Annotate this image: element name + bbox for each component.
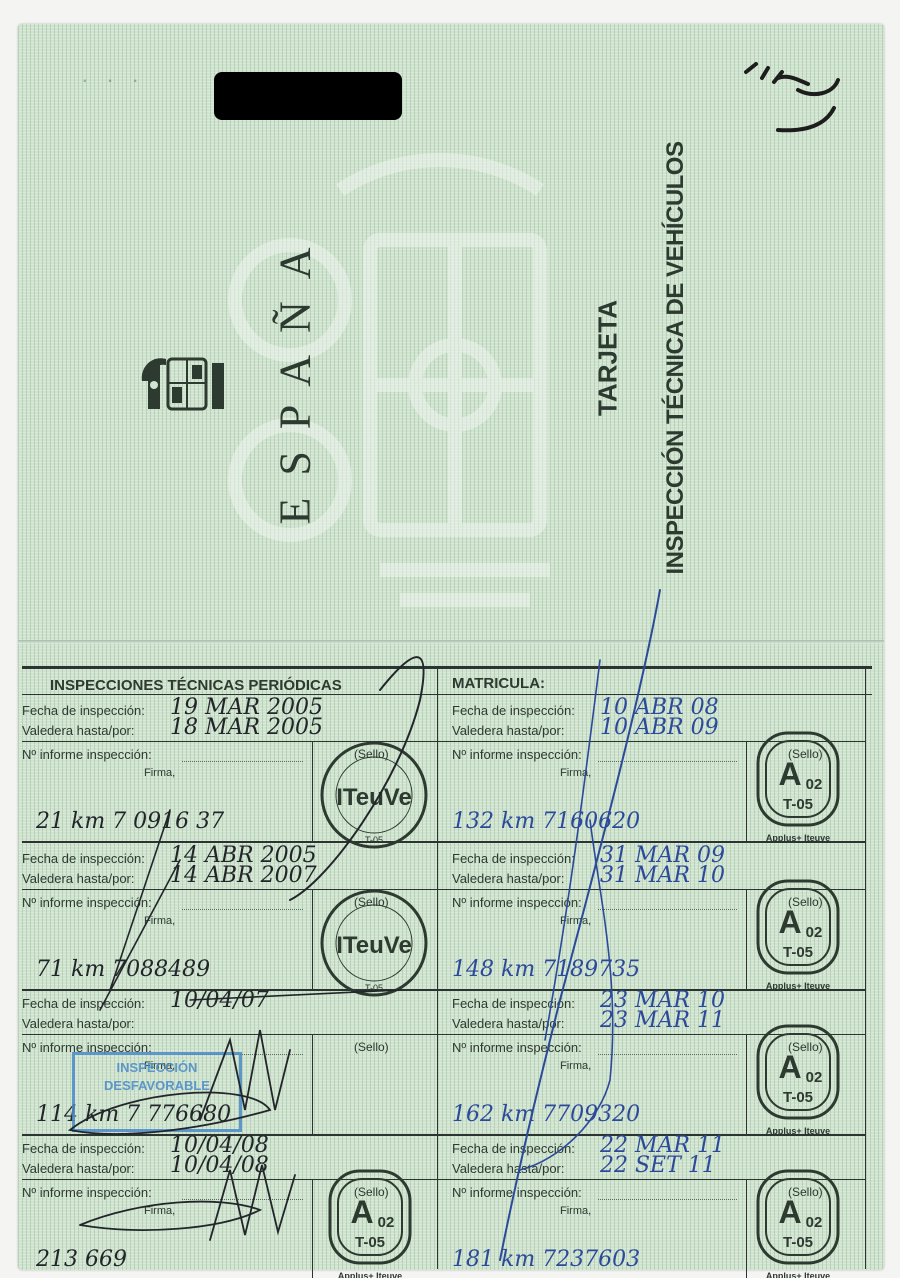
svg-text:A: A xyxy=(778,1194,801,1230)
stamp-line-1: INSPECCIÓN xyxy=(75,1059,239,1077)
svg-text:A: A xyxy=(778,1049,801,1085)
svg-text:T-05: T-05 xyxy=(783,944,813,961)
valedera-label: Valedera hasta/por: xyxy=(452,723,565,738)
redacted-box xyxy=(214,72,402,120)
informe-dotted-line xyxy=(598,909,737,910)
valedera-label: Valedera hasta/por: xyxy=(452,1161,565,1176)
informe-value: 181 km 7237603 xyxy=(452,1247,640,1272)
applus-stamp: A 02 T-05 Applus+ Iteuve xyxy=(752,875,856,995)
firma-label: Firma, xyxy=(560,1060,591,1072)
informe-label: Nº informe inspección: xyxy=(452,747,582,762)
embossed-serial: · · · xyxy=(80,72,180,114)
informe-value: 71 km 7088489 xyxy=(36,957,210,982)
informe-value: 148 km 7189735 xyxy=(452,957,640,982)
informe-label: Nº informe inspección: xyxy=(452,895,582,910)
svg-text:T-05: T-05 xyxy=(783,1234,813,1251)
applus-stamp: A 02 T-05 Applus+ Iteuve xyxy=(752,727,856,847)
fecha-label: Fecha de inspección: xyxy=(22,703,145,718)
informe-label: Nº informe inspección: xyxy=(22,747,152,762)
fecha-label: Fecha de inspección: xyxy=(22,1141,145,1156)
informe-value: 213 669 xyxy=(36,1247,127,1272)
svg-text:A: A xyxy=(350,1194,373,1230)
valedera-label: Valedera hasta/por: xyxy=(22,1161,135,1176)
stamp-cell-divider xyxy=(312,741,313,841)
svg-text:T-05: T-05 xyxy=(365,835,383,845)
valedera-label: Valedera hasta/por: xyxy=(22,1016,135,1031)
fecha-value: 10/04/07 xyxy=(170,988,269,1013)
handwritten-mark xyxy=(738,50,848,150)
applus-stamp: A 02 T-05 Applus+ Iteuve xyxy=(752,1020,856,1140)
valedera-label: Valedera hasta/por: xyxy=(22,871,135,886)
informe-label: Nº informe inspección: xyxy=(22,1185,152,1200)
stamp-cell-divider xyxy=(746,1034,747,1134)
stamp-cell-divider xyxy=(312,1179,313,1278)
svg-text:Applus+ Iteuve: Applus+ Iteuve xyxy=(338,1271,402,1278)
svg-text:A: A xyxy=(778,904,801,940)
spain-coat-of-arms-icon xyxy=(140,345,232,421)
svg-text:Applus+ Iteuve: Applus+ Iteuve xyxy=(766,1126,830,1136)
svg-text:02: 02 xyxy=(378,1214,395,1231)
stamp-line-2: DESFAVORABLE xyxy=(75,1077,239,1095)
informe-dotted-line xyxy=(182,761,303,762)
valedera-label: Valedera hasta/por: xyxy=(22,723,135,738)
header-divider xyxy=(22,694,872,695)
firma-label: Firma, xyxy=(560,915,591,927)
valedera-value: 31 MAR 10 xyxy=(600,863,725,888)
informe-value: 162 km 7709320 xyxy=(452,1102,640,1127)
desfavorable-stamp: INSPECCIÓN DESFAVORABLE xyxy=(72,1052,242,1132)
informe-value: 132 km 7160620 xyxy=(452,809,640,834)
valedera-value: 22 SET 11 xyxy=(600,1153,716,1178)
valedera-value: 10/04/08 xyxy=(170,1153,269,1178)
stamp-cell-divider xyxy=(312,889,313,989)
valedera-value: 23 MAR 11 xyxy=(600,1008,725,1033)
firma-label: Firma, xyxy=(560,1205,591,1217)
fecha-label: Fecha de inspección: xyxy=(452,703,575,718)
fecha-label: Fecha de inspección: xyxy=(22,996,145,1011)
informe-label: Nº informe inspección: xyxy=(22,895,152,910)
valedera-value: 18 MAR 2005 xyxy=(170,715,323,740)
valedera-value: 14 ABR 2007 xyxy=(170,863,317,888)
fold-crease xyxy=(18,640,884,644)
applus-stamp: A 02 T-05 Applus+ Iteuve xyxy=(752,1165,856,1278)
informe-dotted-line xyxy=(598,1199,737,1200)
firma-label: Firma, xyxy=(144,915,175,927)
informe-dotted-line xyxy=(598,1054,737,1055)
stamp-cell-divider xyxy=(746,741,747,841)
svg-text:ITeuVe: ITeuVe xyxy=(336,932,412,959)
svg-text:Applus+ Iteuve: Applus+ Iteuve xyxy=(766,833,830,843)
svg-text:T-05: T-05 xyxy=(365,983,383,993)
svg-text:ITeuVe: ITeuVe xyxy=(336,784,412,811)
stamp-cell-divider xyxy=(746,889,747,989)
informe-label: Nº informe inspección: xyxy=(452,1040,582,1055)
table-top-rule xyxy=(22,666,872,669)
card-title: TARJETA xyxy=(593,300,624,416)
card-subtitle: INSPECCIÓN TÉCNICA DE VEHÍCULOS xyxy=(662,142,690,575)
itv-stamp: ITeuVe T-05 xyxy=(318,887,430,999)
svg-text:02: 02 xyxy=(806,1069,823,1086)
informe-rule xyxy=(22,1034,437,1035)
svg-text:T-05: T-05 xyxy=(783,1089,813,1106)
informe-dotted-line xyxy=(598,761,737,762)
stamp-cell-divider xyxy=(312,1034,313,1134)
valedera-value: 10 ABR 09 xyxy=(600,715,719,740)
fecha-label: Fecha de inspección: xyxy=(452,851,575,866)
itv-stamp: ITeuVe T-05 xyxy=(318,739,430,851)
fecha-label: Fecha de inspección: xyxy=(452,996,575,1011)
svg-text:T-05: T-05 xyxy=(783,796,813,813)
firma-label: Firma, xyxy=(144,767,175,779)
svg-text:A: A xyxy=(778,756,801,792)
stamp-cell-divider xyxy=(746,1179,747,1278)
country-name: ESPAÑA xyxy=(270,225,321,524)
svg-text:02: 02 xyxy=(806,924,823,941)
svg-text:T-05: T-05 xyxy=(355,1234,385,1251)
fecha-label: Fecha de inspección: xyxy=(22,851,145,866)
informe-dotted-line xyxy=(182,909,303,910)
valedera-label: Valedera hasta/por: xyxy=(452,1016,565,1031)
informe-dotted-line xyxy=(182,1199,303,1200)
fecha-label: Fecha de inspección: xyxy=(452,1141,575,1156)
informe-value: 21 km 7 0916 37 xyxy=(36,809,224,834)
informe-label: Nº informe inspección: xyxy=(452,1185,582,1200)
valedera-label: Valedera hasta/por: xyxy=(452,871,565,886)
sello-label: (Sello) xyxy=(354,1040,389,1054)
svg-text:Applus+ Iteuve: Applus+ Iteuve xyxy=(766,1271,830,1278)
firma-label: Firma, xyxy=(144,1205,175,1217)
left-section-header: INSPECCIONES TÉCNICAS PERIÓDICAS xyxy=(50,677,342,694)
svg-text:Applus+ Iteuve: Applus+ Iteuve xyxy=(766,981,830,991)
applus-stamp: A 02 T-05 Applus+ Iteuve xyxy=(324,1165,428,1278)
firma-label: Firma, xyxy=(560,767,591,779)
right-edge-divider xyxy=(865,669,866,1269)
svg-text:02: 02 xyxy=(806,776,823,793)
right-section-header: MATRICULA: xyxy=(452,675,545,692)
svg-text:02: 02 xyxy=(806,1214,823,1231)
